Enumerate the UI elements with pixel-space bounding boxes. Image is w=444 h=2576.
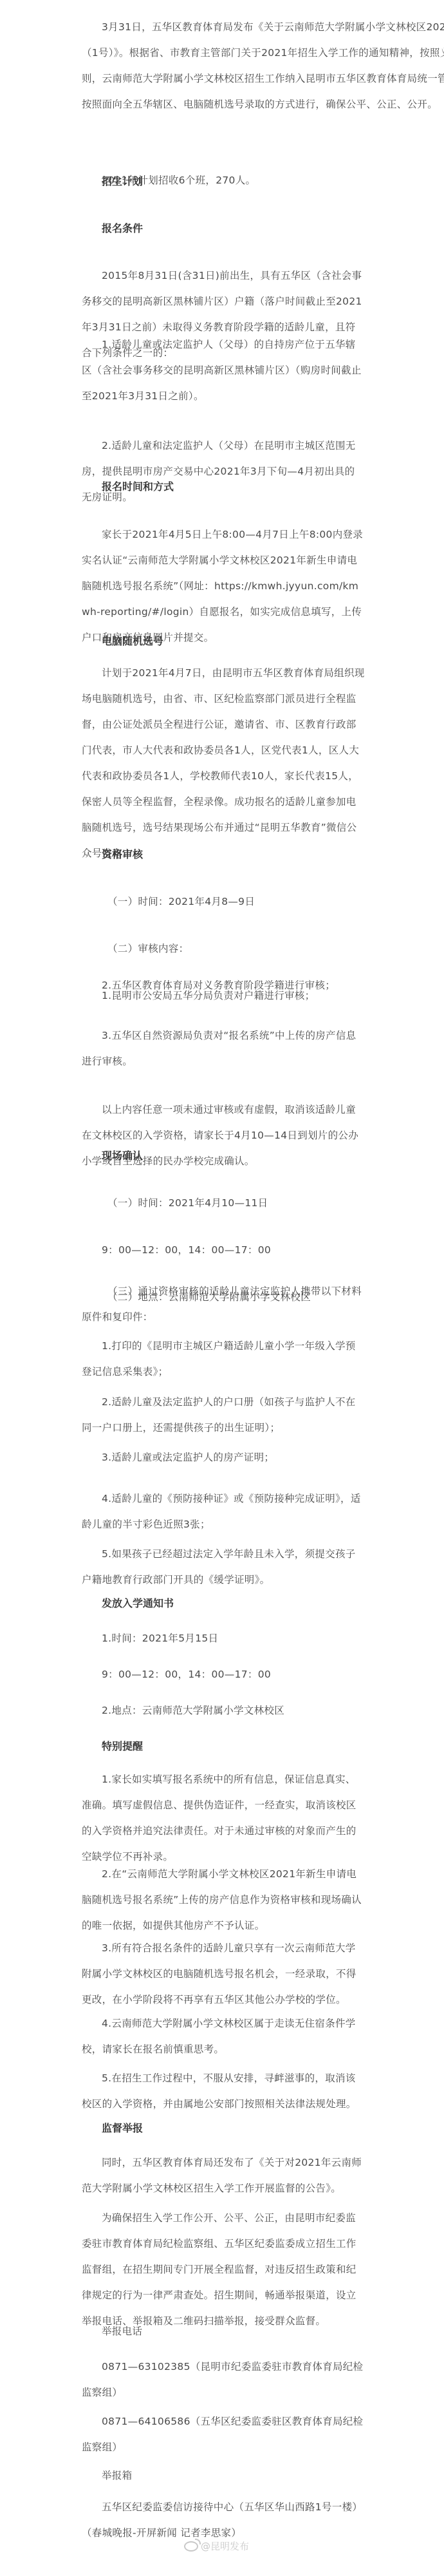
reminder-item-2: 2.在“云南师范大学附属小学文林校区2021年新生申请电脑随机选号报名系统”上传… (82, 1861, 365, 1938)
supervision-phone-2: 0871—64106586（五华区纪委监委驻区教育体育局纪检监察组） (82, 2409, 365, 2460)
section-lottery: 电脑随机选号 (82, 629, 365, 654)
notice-time: 1.时间：2021年5月15日 (82, 1625, 365, 1651)
reminder-item-1: 1.家长如实填写报名系统中的所有信息，保证信息真实、准确。填写虚假信息、提供伪造… (82, 1766, 365, 1870)
conditions-item-1: 1.适龄儿童或法定监护人（父母）的自持房产位于五华辖区（含社会事务移交的昆明高新… (82, 332, 365, 409)
plan-body: 2021年计划招收6个班，270人。 (82, 167, 365, 193)
section-review: 资格审核 (82, 842, 365, 867)
confirm-item-1: 1.打印的《昆明市主城区户籍适龄儿童小学一年级入学预登记信息采集表》； (82, 1333, 365, 1385)
supervision-box-label: 举报箱 (82, 2463, 365, 2488)
confirm-item-3: 3.适龄儿童或法定监护人的房产证明； (82, 1444, 365, 1470)
intro-paragraph: 3月31日，五华区教育体育局发布《关于云南师范大学附属小学文林校区2021年招生… (82, 14, 444, 117)
review-item-3: 3.五华区自然资源局负责对“报名系统”中上传的房产信息进行审核。 (82, 1023, 365, 1074)
reminder-item-4: 4.云南师范大学附属小学文林校区属于走读无住宿条件学校，请家长在报名前慎重思考。 (82, 2011, 365, 2062)
confirm-item-5: 5.如果孩子已经超过法定入学年龄且未入学，须提交孩子户籍地教育行政部门开具的《缓… (82, 1541, 365, 1593)
review-time: （一）时间：2021年4月8—9日 (82, 889, 365, 914)
lottery-text: 计划于2021年4月7日，由昆明市五华区教育体育局组织现场电脑随机选号，由省、市… (82, 660, 365, 866)
section-conditions: 报名条件 (82, 216, 365, 241)
supervision-text-2: 为确保招生入学工作公开、公平、公正，由昆明市纪委监委驻市教育体育局纪检监察组、五… (82, 2205, 365, 2334)
section-registration: 报名时间和方式 (82, 474, 365, 500)
source-watermark: @昆明发布 (184, 2539, 249, 2553)
section-notice: 发放入学通知书 (82, 1591, 365, 1616)
confirm-item-2: 2.适龄儿童及法定监护人的户口册（如孩子与监护人不在同一户口册上，还需提供孩子的… (82, 1389, 365, 1441)
section-heading: 电脑随机选号 (82, 629, 365, 654)
section-heading: 现场确认 (82, 1143, 365, 1169)
supervision-text-1: 同时，五华区教育体育局还发布了《关于对2021年云南师范大学附属小学文林校区招生… (82, 2150, 365, 2201)
intro-text: 3月31日，五华区教育体育局发布《关于云南师范大学附属小学文林校区2021年招生… (82, 14, 444, 117)
supervision-box-text: 五华区纪委监委信访接待中心（五华区华山西路1号一楼）（春城晚报-开屏新闻 记者李… (82, 2494, 365, 2546)
reminder-item-3: 3.所有符合报名条件的适龄儿童只享有一次云南师范大学附属小学文林校区的电脑随机选… (82, 1935, 365, 2012)
supervision-phone-label: 举报电话 (82, 2318, 365, 2344)
section-heading: 报名条件 (82, 216, 365, 241)
supervision-phone-1: 0871—63102385（昆明市纪委监委驻市教育体育局纪检监察组） (82, 2354, 365, 2405)
plan-text: 2021年计划招收6个班，270人。 (82, 167, 365, 193)
weibo-icon (184, 2541, 198, 2552)
confirm-item-4: 4.适龄儿童的《预防接种证》或《预防接种完成证明》，适龄儿童的半寸彩色近照3张； (82, 1486, 365, 1537)
section-heading: 特别提醒 (82, 1734, 365, 1759)
review-item-2-text: 2.五华区教育体育局对义务教育阶段学籍进行审核； (82, 972, 365, 998)
confirm-materials-label: （三）通过资格审核的适龄儿童法定监护人携带以下材料原件和复印件： (82, 1278, 365, 1330)
section-reminder: 特别提醒 (82, 1734, 365, 1759)
confirm-hours: 9：00—12：00，14：00—17：00 (82, 1237, 365, 1263)
notice-place: 2.地点：云南师范大学附属小学文林校区 (82, 1698, 365, 1723)
section-supervision: 监督举报 (82, 2116, 365, 2141)
confirm-time: （一）时间：2021年4月10—11日 (82, 1190, 365, 1216)
reminder-item-5: 5.在招生工作过程中，不服从安排，寻衅滋事的，取消该校区的入学资格，并由属地公安… (82, 2065, 365, 2117)
section-heading: 发放入学通知书 (82, 1591, 365, 1616)
watermark-text: @昆明发布 (201, 2539, 249, 2553)
section-confirm: 现场确认 (82, 1143, 365, 1169)
section-heading: 报名时间和方式 (82, 474, 365, 500)
section-heading: 监督举报 (82, 2116, 365, 2141)
notice-hours: 9：00—12：00，14：00—17：00 (82, 1662, 365, 1687)
section-heading: 资格审核 (82, 842, 365, 867)
review-content-label: （二）审核内容： (82, 936, 365, 961)
lottery-body: 计划于2021年4月7日，由昆明市五华区教育体育局组织现场电脑随机选号，由省、市… (82, 660, 365, 866)
